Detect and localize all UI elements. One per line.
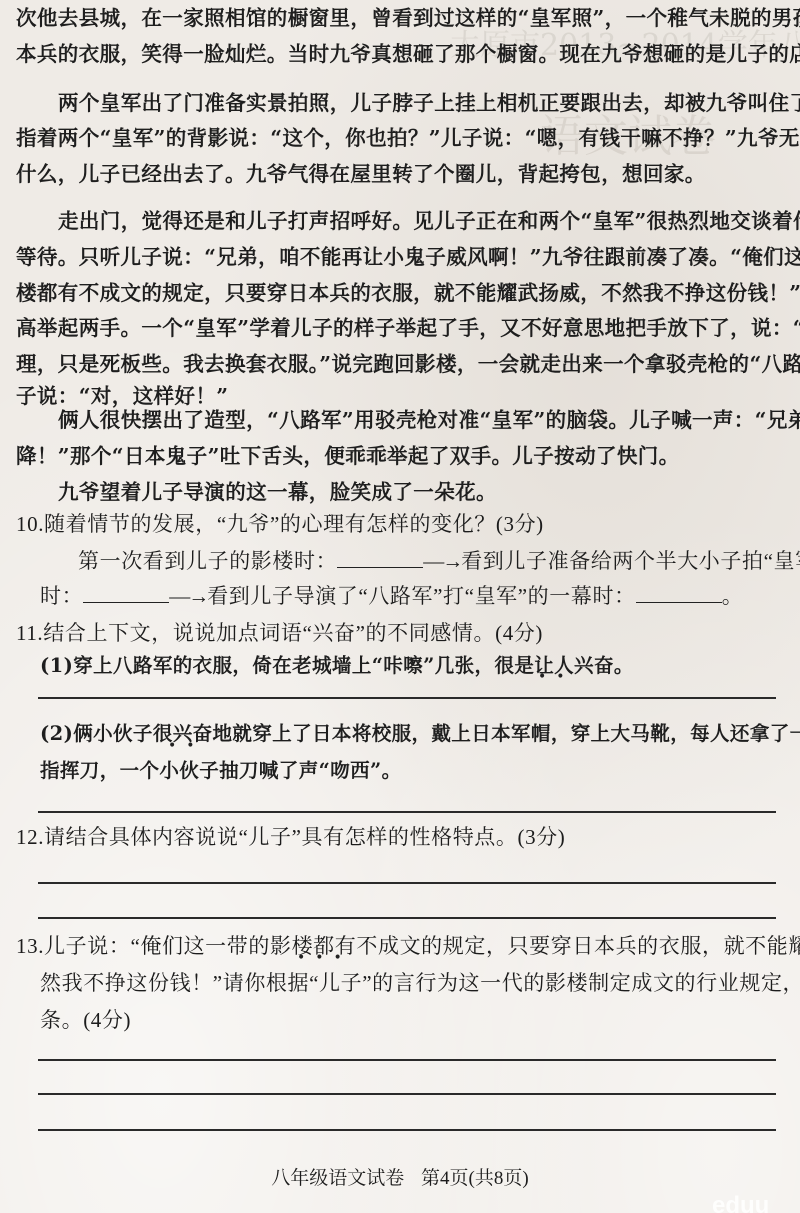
watermark-logo: eduu bbox=[712, 1192, 769, 1213]
q10-prompt-3: 时： bbox=[40, 584, 83, 608]
passage-line: 高举起两手。一个“皇军”学着儿子的样子举起了手，又不好意思地把手放下了，说：“理… bbox=[16, 314, 786, 342]
passage-line: 俩人很快摆出了造型，“八路军”用驳壳枪对准“皇军”的脑袋。儿子喊一声：“兄弟，请… bbox=[58, 406, 800, 434]
passage-line: 理，只是死板些。我去换套衣服。”说完跑回影楼，一会就走出来一个拿驳壳枪的“八路军… bbox=[16, 350, 786, 378]
exam-title: 八年级语文试卷 bbox=[271, 1168, 404, 1189]
passage-line: 两个皇军出了门准备实景拍照，儿子脖子上挂上相机正要跟出去，却被九爷叫住了。九爷 bbox=[58, 89, 800, 117]
question-11-item-2-line-1: (2)俩小伙子很兴奋地就穿上了日本将校服，戴上日本军帽，穿上大马靴，每人还拿了一… bbox=[40, 720, 800, 748]
page-number: 第4页(共8页) bbox=[421, 1168, 529, 1189]
q10-end-punct: 。 bbox=[722, 584, 744, 608]
q11-answer-line-2[interactable] bbox=[38, 811, 776, 813]
q10-prompt-2: 看到儿子准备给两个半大小子拍“皇军照” bbox=[461, 549, 800, 573]
passage-line: 本兵的衣服，笑得一脸灿烂。当时九爷真想砸了那个橱窗。现在九爷想砸的是儿子的店。 bbox=[16, 40, 786, 68]
question-10-line2: 时：—→看到儿子导演了“八路军”打“皇军”的一幕时：。 bbox=[40, 582, 800, 610]
emphasis-dots: •• bbox=[168, 738, 205, 754]
question-13-line-3: 条。(4分) bbox=[40, 1006, 800, 1034]
exam-page: 太原市2013~2014学年八年级第一次测评 语文试卷 次他去县城，在一家照相馆… bbox=[0, 0, 800, 1213]
passage-line: 楼都有不成文的规定，只要穿日本兵的衣服，就不能耀武扬威，不然我不挣这份钱！”儿子… bbox=[16, 279, 786, 307]
q11-answer-line-1[interactable] bbox=[38, 697, 776, 699]
question-11-item-2-line-2: 指挥刀，一个小伙子抽刀喊了声“吻西”。 bbox=[40, 757, 800, 785]
q13-answer-line-2[interactable] bbox=[38, 1093, 776, 1095]
question-10-stem: 10.随着情节的发展，“九爷”的心理有怎样的变化？(3分) bbox=[16, 510, 786, 538]
passage-line: 什么，儿子已经出去了。九爷气得在屋里转了个圈儿，背起挎包，想回家。 bbox=[16, 160, 786, 188]
passage-line: 指着两个“皇军”的背影说：“这个，你也拍？”儿子说：“嗯，有钱干嘛不挣？”九爷无… bbox=[16, 124, 786, 152]
passage-line: 走出门，觉得还是和儿子打声招呼好。见儿子正在和两个“皇军”很热烈地交谈着什么，便 bbox=[58, 207, 800, 235]
q13-answer-line-3[interactable] bbox=[38, 1129, 776, 1131]
question-11-item-1: (1)穿上八路军的衣服，倚在老城墙上“咔嚓”几张，很是让人兴奋。 bbox=[40, 652, 800, 680]
q10-prompt-4: 看到儿子导演了“八路军”打“皇军”的一幕时： bbox=[207, 584, 635, 608]
question-13-line-1: 13.儿子说：“俺们这一带的影楼都有不成文的规定，只要穿日本兵的衣服，就不能耀武… bbox=[16, 932, 786, 960]
q12-answer-line-1[interactable] bbox=[38, 882, 776, 884]
question-10-line1: 第一次看到儿子的影楼时：—→看到儿子准备给两个半大小子拍“皇军照” bbox=[78, 547, 800, 575]
passage-line: 九爷望着儿子导演的这一幕，脸笑成了一朵花。 bbox=[58, 478, 800, 506]
passage-line: 次他去县城，在一家照相馆的橱窗里，曾看到过这样的“皇军照”，一个稚气未脱的男孩穿… bbox=[16, 4, 786, 32]
question-12-stem: 12.请结合具体内容说说“儿子”具有怎样的性格特点。(3分) bbox=[16, 823, 786, 851]
q10-answer-blank-2[interactable] bbox=[83, 584, 169, 603]
passage-line: 降！”那个“日本鬼子”吐下舌头，便乖乖举起了双手。儿子按动了快门。 bbox=[16, 442, 786, 470]
q12-answer-line-2[interactable] bbox=[38, 917, 776, 919]
emphasis-dots: ••• bbox=[297, 950, 352, 966]
q10-answer-blank-3[interactable] bbox=[636, 584, 722, 603]
q10-answer-blank-1[interactable] bbox=[337, 549, 423, 568]
question-13-line-2: 然我不挣这份钱！”请你根据“儿子”的言行为这一代的影楼制定成文的行业规定，不少于… bbox=[40, 969, 800, 997]
arrow-icon: —→ bbox=[169, 582, 207, 610]
q10-prompt-1: 第一次看到儿子的影楼时： bbox=[78, 549, 337, 573]
q13-answer-line-1[interactable] bbox=[38, 1059, 776, 1061]
page-footer: 八年级语文试卷 第4页(共8页) bbox=[0, 1163, 800, 1190]
emphasis-dots: •• bbox=[538, 669, 575, 685]
arrow-icon: —→ bbox=[423, 547, 461, 575]
passage-line: 等待。只听儿子说：“兄弟，咱不能再让小鬼子威风啊！”九爷往跟前凑了凑。“俺们这一… bbox=[16, 243, 786, 271]
question-11-stem: 11.结合上下文，说说加点词语“兴奋”的不同感情。(4分) bbox=[16, 619, 786, 647]
